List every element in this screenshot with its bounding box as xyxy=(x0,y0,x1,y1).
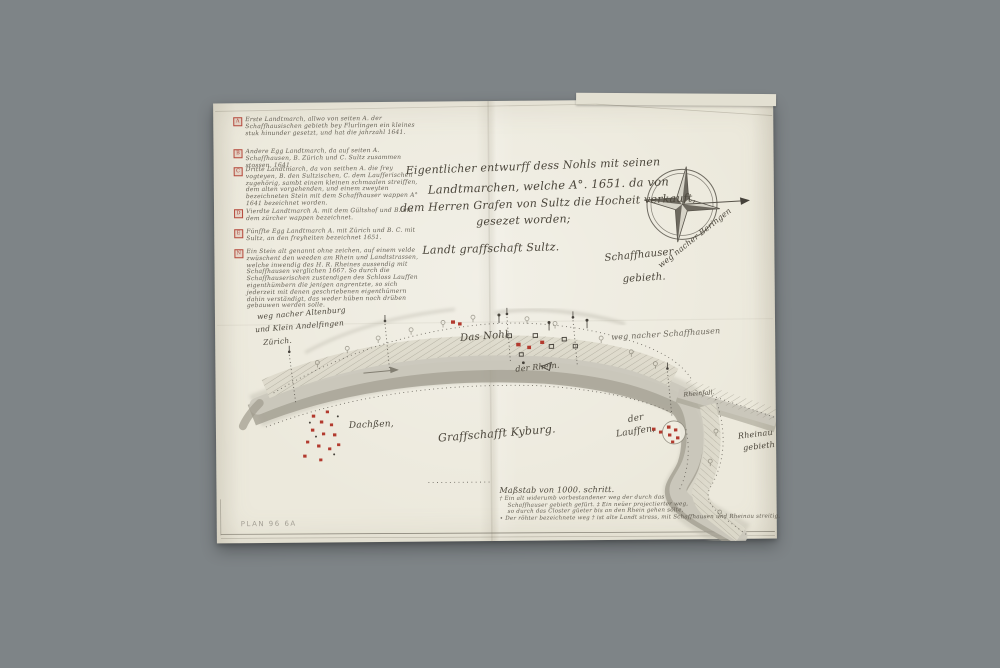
legend-item-text: Erste Landtmarch, allwo von seiten A. de… xyxy=(245,116,419,138)
landmark-symbol-icon: E xyxy=(234,229,243,238)
landmark-symbol-icon: B xyxy=(233,149,242,158)
legend-item-text: Vierdte Landtmarch A. mit dem Gültshof u… xyxy=(246,208,420,223)
landmark-symbol-icon: D xyxy=(234,209,243,218)
legend-item: C Dritte Landtmarch, da von seithen A. d… xyxy=(234,166,420,208)
scan-background: A Erste Landtmarch, allwo von seiten A. … xyxy=(0,0,1000,668)
label-dachsen: Dachßen, xyxy=(349,419,394,431)
archive-signature: PLAN 96 6A xyxy=(241,520,297,528)
scale-note: Maßstab von 1000. schritt. † Ein alt wid… xyxy=(499,485,769,523)
legend-item-text: Ein Stein alt genannt ohne zeichen, auf … xyxy=(246,248,421,311)
landmark-symbol-icon: C xyxy=(234,167,243,176)
landmark-symbol-icon: A xyxy=(233,117,242,126)
legend-item: N Ein Stein alt genannt ohne zeichen, au… xyxy=(234,248,421,311)
map-sheet: A Erste Landtmarch, allwo von seiten A. … xyxy=(213,99,777,544)
legend-item: A Erste Landtmarch, allwo von seiten A. … xyxy=(233,116,419,138)
landmark-symbol-icon: N xyxy=(234,249,243,258)
dachsen-village xyxy=(303,410,341,461)
legend-item: E Fünffte Egg Landtmarch A. mit Zürich u… xyxy=(234,228,420,243)
legend-item: D Vierdte Landtmarch A. mit dem Gültshof… xyxy=(234,208,420,223)
legend-item-text: Dritte Landtmarch, da von seithen A. die… xyxy=(246,166,420,208)
laufen-castle xyxy=(652,421,686,444)
legend-item-text: Fünffte Egg Landtmarch A. mit Zürich und… xyxy=(246,228,420,243)
